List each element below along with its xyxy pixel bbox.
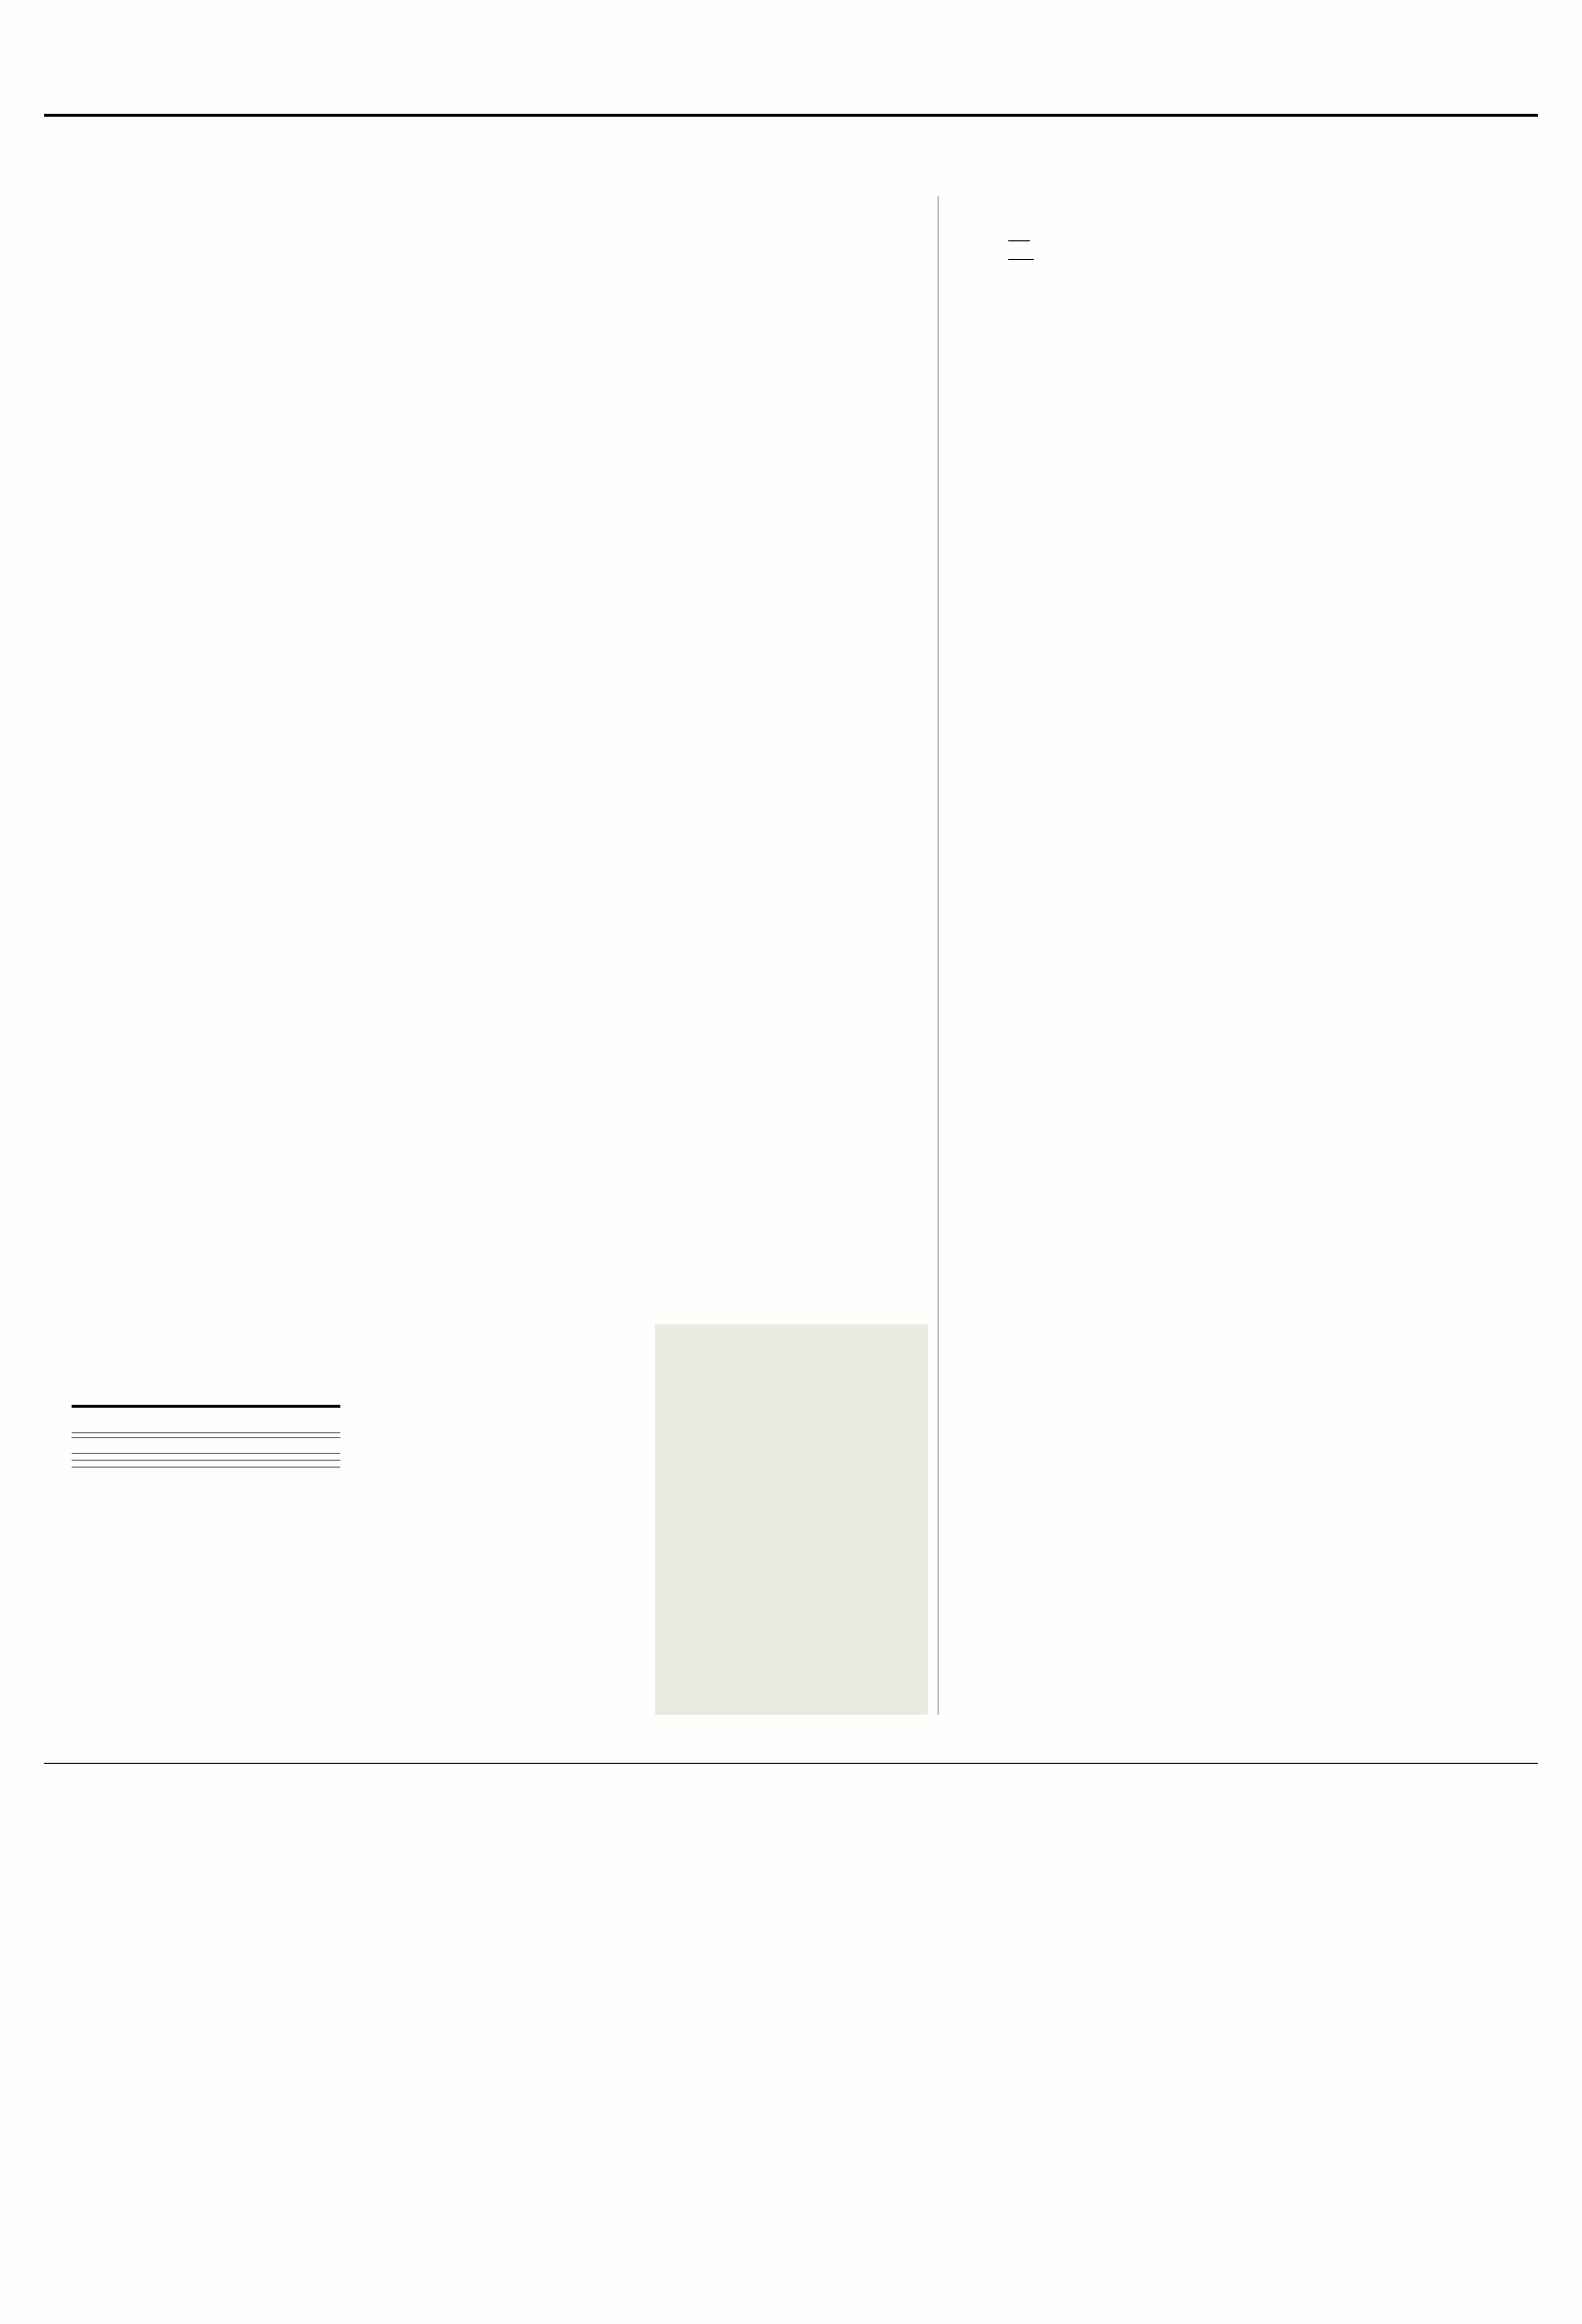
verlag-footnote [72,1433,340,1438]
verlag-closing [72,1461,340,1468]
header-rule [44,114,1538,117]
impressum-column-1 [49,1778,338,1787]
newspaper-page [0,0,1582,2324]
column-divider-rule [938,196,939,1715]
tribune-footer-rule [1008,259,1034,260]
impressum-rule [44,1763,1538,1764]
tribune-rule [1008,240,1030,241]
tribune-article [1008,201,1405,268]
reader-notice-box [655,1324,928,1715]
publisher-notices-box [72,1405,340,1468]
verlag-email-line [72,1454,340,1461]
